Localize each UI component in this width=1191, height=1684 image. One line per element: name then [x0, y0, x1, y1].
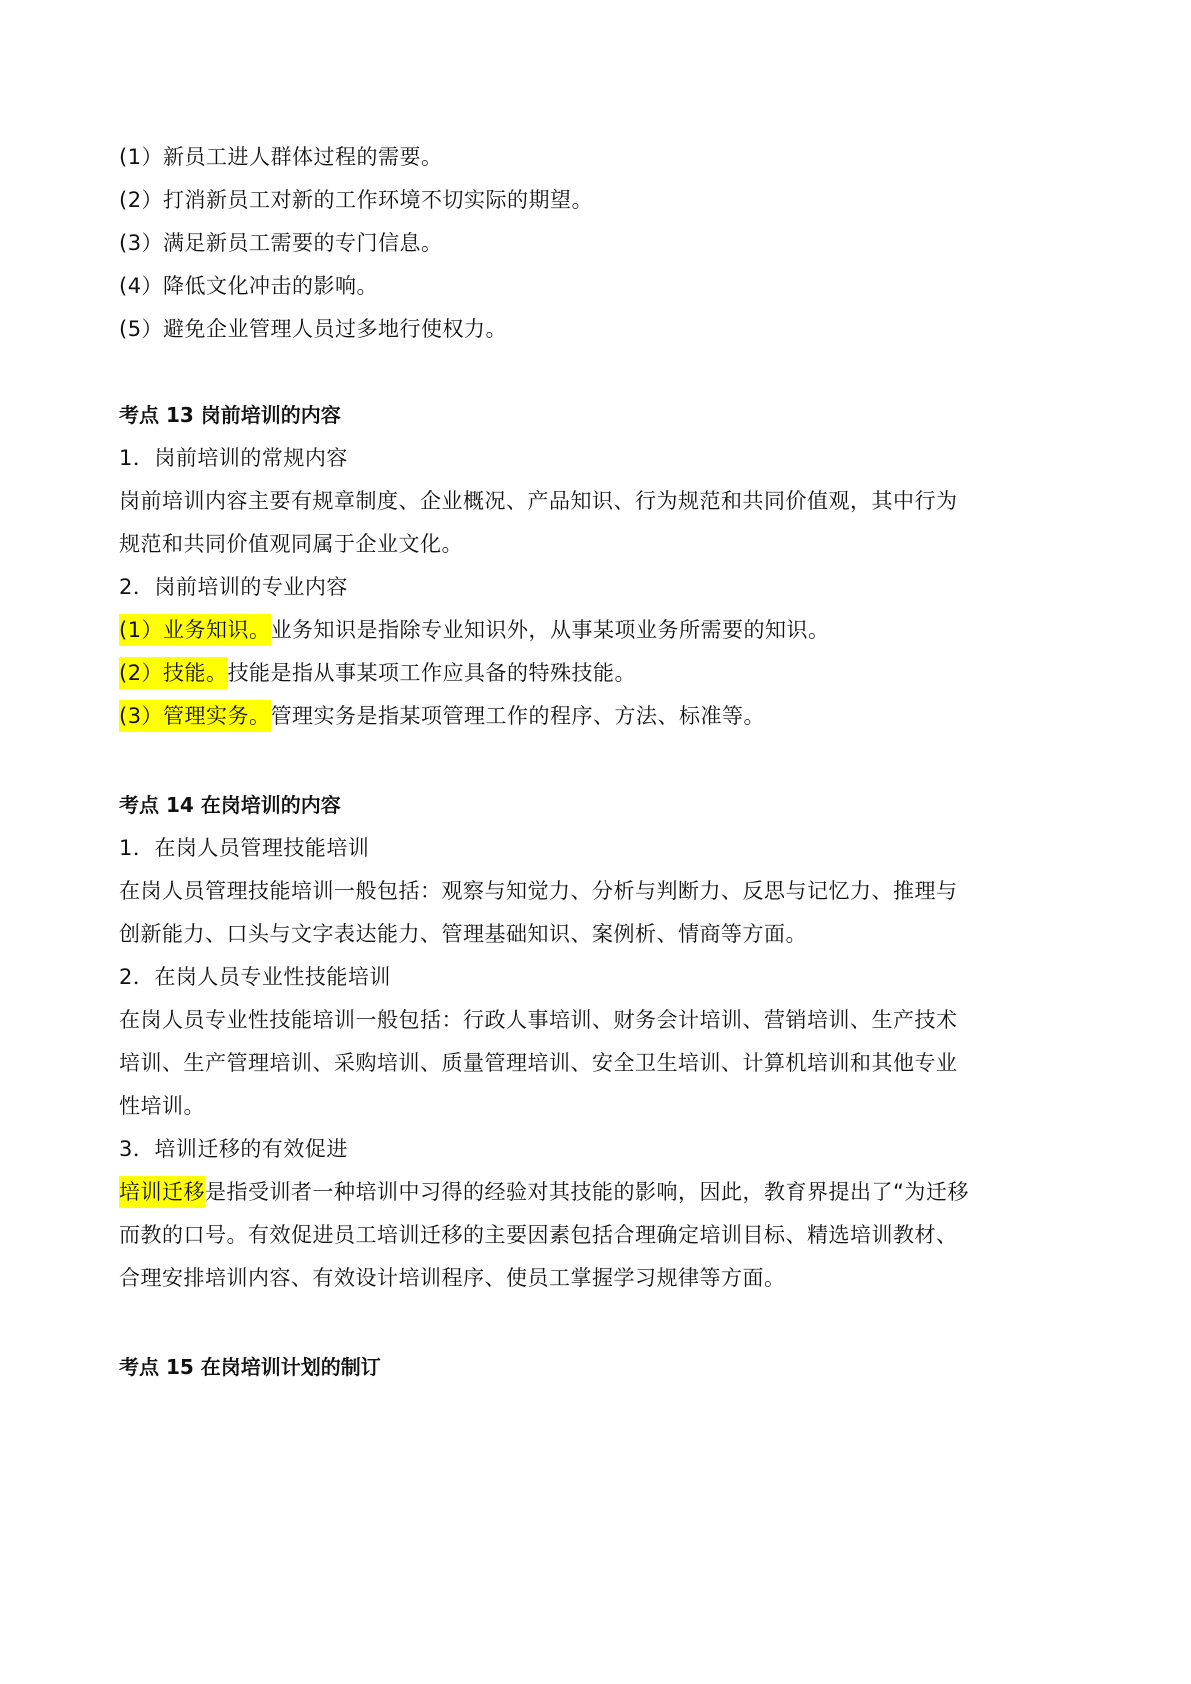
subsection-title: 1．岗前培训的常规内容: [119, 443, 348, 473]
list-item: (1）新员工进人群体过程的需要。: [119, 142, 443, 172]
subsection-title: 2．岗前培训的专业内容: [119, 572, 348, 602]
item-text: 管理实务是指某项管理工作的程序、方法、标准等。: [271, 704, 766, 728]
paragraph-line: 在岗人员管理技能培训一般包括：观察与知觉力、分析与判断力、反思与记忆力、推理与: [119, 876, 958, 906]
paragraph-line: 规范和共同价值观同属于企业文化。: [119, 529, 463, 559]
paragraph-text: 是指受训者一种培训中习得的经验对其技能的影响，因此，教育界提出了“为迁移: [205, 1180, 969, 1204]
list-item: (4）降低文化冲击的影响。: [119, 271, 378, 301]
list-item: (3）满足新员工需要的专门信息。: [119, 228, 443, 258]
paragraph-line: 合理安排培训内容、有效设计培训程序、使员工掌握学习规律等方面。: [119, 1263, 786, 1293]
highlighted-term: 培训迁移: [119, 1176, 205, 1208]
highlighted-term: (1）业务知识。: [119, 614, 271, 646]
paragraph-line: 而教的口号。有效促进员工培训迁移的主要因素包括合理确定培训目标、精选培训教材、: [119, 1220, 958, 1250]
section-heading-13: 考点 13 岗前培训的内容: [119, 400, 341, 430]
paragraph-line: 培训、生产管理培训、采购培训、质量管理培训、安全卫生培训、计算机培训和其他专业: [119, 1048, 958, 1078]
list-item: (3）管理实务。管理实务是指某项管理工作的程序、方法、标准等。: [119, 701, 765, 731]
paragraph-line: 创新能力、口头与文字表达能力、管理基础知识、案例析、情商等方面。: [119, 919, 807, 949]
subsection-title: 2．在岗人员专业性技能培训: [119, 962, 391, 992]
item-text: 技能是指从事某项工作应具备的特殊技能。: [228, 661, 637, 685]
paragraph-line: 培训迁移是指受训者一种培训中习得的经验对其技能的影响，因此，教育界提出了“为迁移: [119, 1177, 969, 1207]
list-item: (2）技能。技能是指从事某项工作应具备的特殊技能。: [119, 658, 636, 688]
paragraph-line: 在岗人员专业性技能培训一般包括：行政人事培训、财务会计培训、营销培训、生产技术: [119, 1005, 958, 1035]
highlighted-term: (3）管理实务。: [119, 700, 271, 732]
paragraph-line: 岗前培训内容主要有规章制度、企业概况、产品知识、行为规范和共同价值观，其中行为: [119, 486, 958, 516]
list-item: (1）业务知识。业务知识是指除专业知识外，从事某项业务所需要的知识。: [119, 615, 830, 645]
paragraph-line: 性培训。: [119, 1091, 205, 1121]
section-heading-14: 考点 14 在岗培训的内容: [119, 790, 341, 820]
list-item: (5）避免企业管理人员过多地行使权力。: [119, 314, 507, 344]
section-heading-15: 考点 15 在岗培训计划的制订: [119, 1352, 381, 1382]
highlighted-term: (2）技能。: [119, 657, 228, 689]
subsection-title: 1．在岗人员管理技能培训: [119, 833, 369, 863]
item-text: 业务知识是指除专业知识外，从事某项业务所需要的知识。: [271, 618, 830, 642]
subsection-title: 3．培训迁移的有效促进: [119, 1134, 348, 1164]
list-item: (2）打消新员工对新的工作环境不切实际的期望。: [119, 185, 593, 215]
